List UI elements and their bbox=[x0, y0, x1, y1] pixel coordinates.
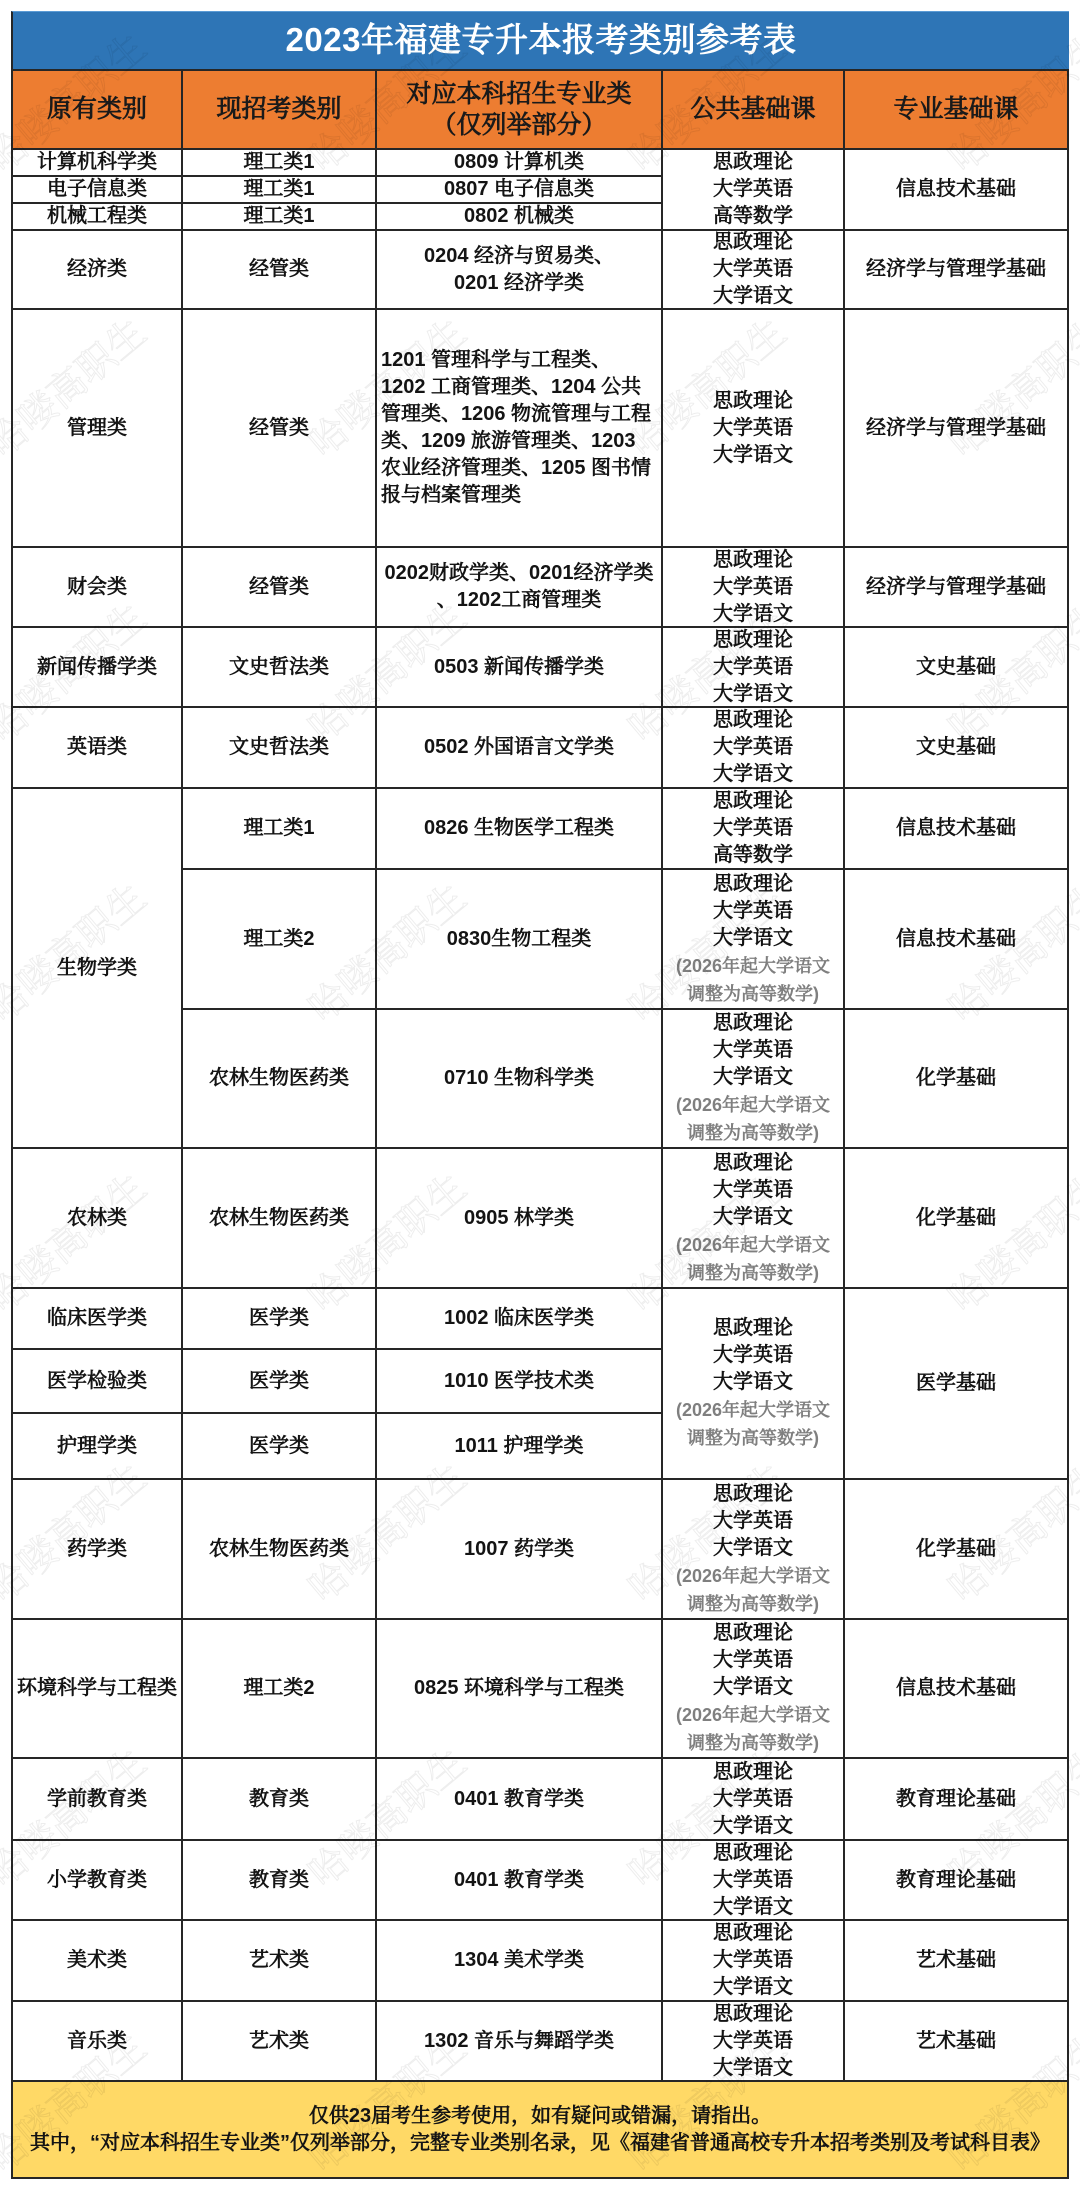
cell-majors: 0401 教育学类 bbox=[377, 1759, 663, 1841]
cell-professional-course: 信息技术基础 bbox=[845, 1620, 1069, 1759]
cell-public-courses: 思政理论 大学英语 大学语文 bbox=[663, 548, 845, 628]
cell-original: 美术类 bbox=[13, 1921, 183, 2002]
cell-professional-course: 信息技术基础 bbox=[845, 870, 1069, 1010]
cell-majors: 0809 计算机类 bbox=[377, 150, 663, 177]
cell-majors: 1201 管理科学与工程类、 1202 工商管理类、1204 公共 管理类、12… bbox=[377, 310, 663, 548]
public-course: 大学语文 bbox=[713, 601, 793, 628]
header-majors-line1: 对应本科招生专业类 bbox=[406, 79, 631, 110]
public-course: 大学英语 bbox=[713, 1508, 793, 1535]
cell-professional-course: 经济学与管理学基础 bbox=[845, 310, 1069, 548]
cell-public-courses: 思政理论 大学英语 大学语文 bbox=[663, 1921, 845, 2002]
public-course: 大学语文 bbox=[713, 1974, 793, 2001]
cell-exam-category: 教育类 bbox=[183, 1841, 377, 1921]
footer-line-1: 仅供23届考生参考使用，如有疑问或错漏，请指出。 bbox=[309, 2103, 771, 2130]
public-course: 大学语文 bbox=[713, 761, 793, 788]
public-course-note: (2026年起大学语文 bbox=[676, 952, 830, 980]
cell-exam-category: 理工类1 bbox=[183, 150, 377, 177]
cell-original: 临床医学类 bbox=[13, 1289, 183, 1350]
public-course: 思政理论 bbox=[713, 149, 793, 176]
cell-original: 学前教育类 bbox=[13, 1759, 183, 1841]
header-exam-category: 现招考类别 bbox=[183, 71, 377, 150]
public-course: 大学英语 bbox=[713, 815, 793, 842]
cell-majors: 0905 林学类 bbox=[377, 1149, 663, 1289]
cell-public-courses: 思政理论 大学英语 大学语文 bbox=[663, 628, 845, 708]
cell-exam-category: 理工类1 bbox=[183, 204, 377, 231]
public-course: 大学英语 bbox=[713, 256, 793, 283]
cell-exam-category: 文史哲法类 bbox=[183, 708, 377, 789]
cell-majors: 0802 机械类 bbox=[377, 204, 663, 231]
public-course: 大学语文 bbox=[713, 1674, 793, 1701]
cell-professional-course: 信息技术基础 bbox=[845, 789, 1069, 870]
public-course-note: (2026年起大学语文 bbox=[676, 1701, 830, 1729]
header-public-courses: 公共基础课 bbox=[663, 71, 845, 150]
public-course-note: (2026年起大学语文 bbox=[676, 1091, 830, 1119]
cell-exam-category: 理工类2 bbox=[183, 870, 377, 1010]
cell-professional-course: 经济学与管理学基础 bbox=[845, 231, 1069, 310]
public-course: 思政理论 bbox=[713, 1315, 793, 1342]
cell-public-courses: 思政理论 大学英语 大学语文 (2026年起大学语文 调整为高等数学) bbox=[663, 870, 845, 1010]
cell-public-courses: 思政理论 大学英语 大学语文 (2026年起大学语文 调整为高等数学) bbox=[663, 1620, 845, 1759]
cell-original: 管理类 bbox=[13, 310, 183, 548]
cell-public-courses: 思政理论 大学英语 大学语文 (2026年起大学语文 调整为高等数学) bbox=[663, 1480, 845, 1620]
cell-exam-category: 艺术类 bbox=[183, 2002, 377, 2082]
public-course: 大学语文 bbox=[713, 1064, 793, 1091]
cell-original: 医学检验类 bbox=[13, 1350, 183, 1414]
cell-original: 农林类 bbox=[13, 1149, 183, 1289]
cell-exam-category: 医学类 bbox=[183, 1350, 377, 1414]
cell-public-courses: 思政理论 大学英语 大学语文 (2026年起大学语文 调整为高等数学) bbox=[663, 1289, 845, 1480]
public-course: 大学英语 bbox=[713, 1037, 793, 1064]
cell-professional-course: 教育理论基础 bbox=[845, 1841, 1069, 1921]
public-course: 思政理论 bbox=[713, 1840, 793, 1867]
public-course: 大学英语 bbox=[713, 1947, 793, 1974]
public-course: 大学语文 bbox=[713, 283, 793, 310]
public-course: 高等数学 bbox=[713, 203, 793, 230]
public-course: 大学英语 bbox=[713, 898, 793, 925]
cell-majors: 1002 临床医学类 bbox=[377, 1289, 663, 1350]
public-course: 思政理论 bbox=[713, 547, 793, 574]
cell-majors: 1007 药学类 bbox=[377, 1480, 663, 1620]
cell-exam-category: 农林生物医药类 bbox=[183, 1480, 377, 1620]
public-course: 思政理论 bbox=[713, 1010, 793, 1037]
public-course: 大学语文 bbox=[713, 1894, 793, 1921]
cell-original: 药学类 bbox=[13, 1480, 183, 1620]
public-course: 大学英语 bbox=[713, 574, 793, 601]
cell-original: 音乐类 bbox=[13, 2002, 183, 2082]
cell-majors: 0202财政学类、0201经济学类 、1202工商管理类 bbox=[377, 548, 663, 628]
public-course: 思政理论 bbox=[713, 1620, 793, 1647]
cell-public-courses: 思政理论 大学英语 大学语文 bbox=[663, 310, 845, 548]
cell-original: 英语类 bbox=[13, 708, 183, 789]
public-course: 大学语文 bbox=[713, 1369, 793, 1396]
cell-majors: 1010 医学技术类 bbox=[377, 1350, 663, 1414]
reference-table: 原有类别 现招考类别 对应本科招生专业类 （仅列举部分） 公共基础课 专业基础课… bbox=[11, 69, 1069, 2179]
cell-professional-course: 化学基础 bbox=[845, 1010, 1069, 1149]
cell-original: 电子信息类 bbox=[13, 177, 183, 204]
cell-professional-course: 艺术基础 bbox=[845, 2002, 1069, 2082]
cell-original: 生物学类 bbox=[13, 789, 183, 1149]
cell-professional-course: 化学基础 bbox=[845, 1149, 1069, 1289]
public-course-note: (2026年起大学语文 bbox=[676, 1231, 830, 1259]
cell-exam-category: 农林生物医药类 bbox=[183, 1010, 377, 1149]
cell-majors: 1304 美术学类 bbox=[377, 1921, 663, 2002]
public-course: 大学语文 bbox=[713, 442, 793, 469]
public-course: 思政理论 bbox=[713, 627, 793, 654]
footer-line-2: 其中，“对应本科招生专业类”仅列举部分，完整专业类别名录，见《福建省普通高校专升… bbox=[30, 2130, 1050, 2157]
cell-public-courses: 思政理论 大学英语 大学语文 bbox=[663, 708, 845, 789]
public-course: 大学英语 bbox=[713, 2028, 793, 2055]
public-course-note: 调整为高等数学) bbox=[687, 980, 819, 1008]
public-course: 大学英语 bbox=[713, 1867, 793, 1894]
cell-majors: 0826 生物医学工程类 bbox=[377, 789, 663, 870]
cell-original: 小学教育类 bbox=[13, 1841, 183, 1921]
cell-majors: 0807 电子信息类 bbox=[377, 177, 663, 204]
public-course: 大学语文 bbox=[713, 1535, 793, 1562]
public-course: 思政理论 bbox=[713, 788, 793, 815]
cell-majors: 0710 生物科学类 bbox=[377, 1010, 663, 1149]
public-course: 大学语文 bbox=[713, 681, 793, 708]
public-course-note: 调整为高等数学) bbox=[687, 1729, 819, 1757]
public-course: 大学英语 bbox=[713, 1647, 793, 1674]
public-course: 思政理论 bbox=[713, 1481, 793, 1508]
cell-professional-course: 信息技术基础 bbox=[845, 150, 1069, 231]
public-course: 大学语文 bbox=[713, 1813, 793, 1840]
public-course: 大学英语 bbox=[713, 176, 793, 203]
public-course: 思政理论 bbox=[713, 388, 793, 415]
cell-exam-category: 医学类 bbox=[183, 1414, 377, 1480]
header-majors: 对应本科招生专业类 （仅列举部分） bbox=[377, 71, 663, 150]
cell-professional-course: 文史基础 bbox=[845, 628, 1069, 708]
public-course: 思政理论 bbox=[713, 2001, 793, 2028]
cell-majors: 0825 环境科学与工程类 bbox=[377, 1620, 663, 1759]
public-course: 大学英语 bbox=[713, 654, 793, 681]
cell-exam-category: 经管类 bbox=[183, 231, 377, 310]
cell-original: 经济类 bbox=[13, 231, 183, 310]
public-course: 大学英语 bbox=[713, 415, 793, 442]
public-course: 思政理论 bbox=[713, 1150, 793, 1177]
header-majors-line2: （仅列举部分） bbox=[431, 110, 606, 141]
cell-majors: 0401 教育学类 bbox=[377, 1841, 663, 1921]
public-course: 大学语文 bbox=[713, 2055, 793, 2082]
cell-public-courses: 思政理论 大学英语 大学语文 bbox=[663, 2002, 845, 2082]
cell-exam-category: 文史哲法类 bbox=[183, 628, 377, 708]
cell-exam-category: 艺术类 bbox=[183, 1921, 377, 2002]
cell-original: 计算机科学类 bbox=[13, 150, 183, 177]
public-course: 大学英语 bbox=[713, 1342, 793, 1369]
cell-professional-course: 文史基础 bbox=[845, 708, 1069, 789]
cell-exam-category: 经管类 bbox=[183, 548, 377, 628]
cell-exam-category: 教育类 bbox=[183, 1759, 377, 1841]
public-course: 大学英语 bbox=[713, 1786, 793, 1813]
cell-professional-course: 艺术基础 bbox=[845, 1921, 1069, 2002]
cell-public-courses: 思政理论 大学英语 大学语文 bbox=[663, 231, 845, 310]
cell-public-courses: 思政理论 大学英语 高等数学 bbox=[663, 789, 845, 870]
cell-exam-category: 经管类 bbox=[183, 310, 377, 548]
cell-original: 财会类 bbox=[13, 548, 183, 628]
cell-exam-category: 理工类1 bbox=[183, 789, 377, 870]
public-course: 思政理论 bbox=[713, 1759, 793, 1786]
cell-original: 护理学类 bbox=[13, 1414, 183, 1480]
public-course: 高等数学 bbox=[713, 842, 793, 869]
public-course-note: 调整为高等数学) bbox=[687, 1590, 819, 1618]
cell-original: 新闻传播学类 bbox=[13, 628, 183, 708]
public-course-note: (2026年起大学语文 bbox=[676, 1562, 830, 1590]
public-course: 大学英语 bbox=[713, 734, 793, 761]
cell-exam-category: 理工类2 bbox=[183, 1620, 377, 1759]
cell-exam-category: 农林生物医药类 bbox=[183, 1149, 377, 1289]
cell-professional-course: 化学基础 bbox=[845, 1480, 1069, 1620]
cell-professional-course: 医学基础 bbox=[845, 1289, 1069, 1480]
table-title: 2023年福建专升本报考类别参考表 bbox=[11, 11, 1069, 69]
cell-exam-category: 医学类 bbox=[183, 1289, 377, 1350]
cell-public-courses: 思政理论 大学英语 大学语文 (2026年起大学语文 调整为高等数学) bbox=[663, 1149, 845, 1289]
cell-original: 机械工程类 bbox=[13, 204, 183, 231]
cell-majors: 0503 新闻传播学类 bbox=[377, 628, 663, 708]
cell-majors: 0502 外国语言文学类 bbox=[377, 708, 663, 789]
public-course: 思政理论 bbox=[713, 707, 793, 734]
cell-public-courses: 思政理论 大学英语 大学语文 bbox=[663, 1841, 845, 1921]
footer-note: 仅供23届考生参考使用，如有疑问或错漏，请指出。 其中，“对应本科招生专业类”仅… bbox=[13, 2082, 1069, 2179]
cell-majors: 0830生物工程类 bbox=[377, 870, 663, 1010]
cell-majors: 0204 经济与贸易类、 0201 经济学类 bbox=[377, 231, 663, 310]
public-course: 思政理论 bbox=[713, 871, 793, 898]
cell-majors: 1011 护理学类 bbox=[377, 1414, 663, 1480]
cell-original: 环境科学与工程类 bbox=[13, 1620, 183, 1759]
cell-majors: 1302 音乐与舞蹈学类 bbox=[377, 2002, 663, 2082]
public-course-note: (2026年起大学语文 bbox=[676, 1396, 830, 1424]
header-professional-course: 专业基础课 bbox=[845, 71, 1069, 150]
public-course: 大学英语 bbox=[713, 1177, 793, 1204]
cell-professional-course: 教育理论基础 bbox=[845, 1759, 1069, 1841]
cell-public-courses: 思政理论 大学英语 高等数学 bbox=[663, 150, 845, 231]
public-course-note: 调整为高等数学) bbox=[687, 1259, 819, 1287]
public-course-note: 调整为高等数学) bbox=[687, 1424, 819, 1452]
cell-public-courses: 思政理论 大学英语 大学语文 bbox=[663, 1759, 845, 1841]
public-course: 大学语文 bbox=[713, 1204, 793, 1231]
cell-exam-category: 理工类1 bbox=[183, 177, 377, 204]
public-course: 大学语文 bbox=[713, 925, 793, 952]
header-original-category: 原有类别 bbox=[13, 71, 183, 150]
public-course-note: 调整为高等数学) bbox=[687, 1119, 819, 1147]
public-course: 思政理论 bbox=[713, 1920, 793, 1947]
cell-professional-course: 经济学与管理学基础 bbox=[845, 548, 1069, 628]
cell-public-courses: 思政理论 大学英语 大学语文 (2026年起大学语文 调整为高等数学) bbox=[663, 1010, 845, 1149]
public-course: 思政理论 bbox=[713, 229, 793, 256]
